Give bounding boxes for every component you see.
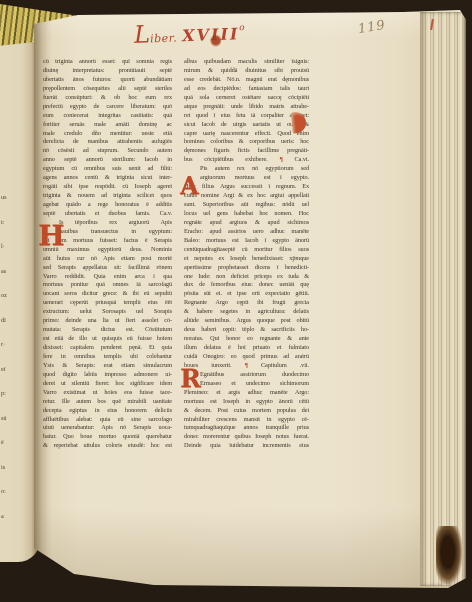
text-line: argiuorum mortuus est ī egypto. [184, 174, 309, 183]
text-line: mirum & quiddā diuinitus sibi prouisū [184, 67, 309, 76]
text-column-left: cū triginta annorū esset: quī somnia reg… [43, 58, 172, 451]
text-line: sunt. Superioribus aūt regibus: nōdū uel [184, 201, 309, 210]
text-line: cuidā Onogiro: eo quod primus ad aratrū [184, 353, 309, 362]
text-line: & habere segetes in agricultura: delatis [184, 308, 309, 317]
text-line: primo: deinde una līa ut fieri assolet c… [43, 317, 172, 326]
lombard-initial-A: A [180, 176, 199, 196]
text-line: mirabiliter crescens mansit in egypto cē… [184, 416, 309, 425]
facing-page-text-fragment: o: [1, 487, 16, 496]
text-line: dęmones figuris fictis facillime pregnāt… [184, 147, 309, 156]
text-line: aūt huius cur nō Apis etiam post mortē [43, 255, 172, 264]
text-line: tumquadragītaquīque annos tranquille pri… [184, 424, 309, 433]
worm-hole-damage [436, 526, 462, 584]
text-line: deus haberi cępit: tēplo & sacrificiis h… [184, 326, 309, 335]
header-initial: L [134, 20, 151, 49]
text-line: albus quibusdam maculis similiter īsigni… [184, 58, 309, 67]
text-line: mortuus est Ioseph in egypto ānorū cētū [184, 398, 309, 407]
facing-page-text-fragment: us [1, 193, 16, 202]
facing-page-text-fragment: a [1, 512, 16, 521]
text-line: affluētibus alebat: quia eū sine sarcofa… [43, 416, 172, 425]
facing-page-text-fragment: l· [1, 242, 16, 251]
facing-page-text-fragment: r· [1, 340, 16, 349]
text-line: Pis autem rex nō egyptiorum sed [184, 165, 309, 174]
text-line: et nepotes ex Ioseph benedixisset: xp̄mq… [184, 255, 309, 264]
text-line: derelicta de manibus attrahentis aufugiē… [43, 138, 172, 147]
text-line: Regnante Argo cępit ibi frugū grecia [184, 299, 309, 308]
text-line: rogāti sibi ipse respōdit. cū Ioseph age… [43, 183, 172, 192]
text-line: eum coniecerat integritas castitatis: qu… [43, 112, 172, 121]
text-line: batur. Quo boue mortuo quoniā querebatur [43, 433, 172, 442]
text-line: dixisset: capitalem penderet pęnā. Et qu… [43, 344, 172, 353]
text-line: Baleo: mortuus est Iacob ī egypto ānorū [184, 237, 309, 246]
book-photo: ust:l·asozdīr·eīp:sūēiso:a Liber.XVIIIo … [0, 0, 472, 602]
text-line: quod digito labiis impresso admonere ui- [43, 371, 172, 380]
facing-page-text-fragment: t: [1, 218, 16, 227]
text-line: Deinde quia īuidebatur incrementis eius [184, 442, 309, 451]
text-line: Ysis & Serapis: erat etiam simulacrum [43, 362, 172, 371]
text-line: capre uarię nascerentur effecit. Quod en… [184, 130, 309, 139]
text-line: septē ubertatis et duobus famis. Ca.v. [43, 210, 172, 219]
text-line: nō cōsēsit ad stuprum. Secundo autem [43, 147, 172, 156]
text-line: retur. Ille autem bos quē mirabili uanit… [43, 398, 172, 407]
text-line: one Iude: non deficiet prīceps ex iuda & [184, 273, 309, 282]
text-line: Varro existimat ut hoīes eos fuisse tace… [43, 389, 172, 398]
text-line: Varro reddidit. Quia enim arca ī qua [43, 273, 172, 282]
text-line: regnāte apud argiuos & apud sichimos [184, 219, 309, 228]
text-line: homines coloribus & corporibus ueris: ho… [184, 138, 309, 147]
red-edge-mark [430, 19, 434, 30]
text-line: uocant soros dicitur grece: & ibi eū sep… [43, 290, 172, 299]
text-line: bus cōcipiētibus exhibere. ¶ Ca.vi. [184, 156, 309, 165]
text-line: uenerari cęperūt priusquā templū eius ēē… [43, 299, 172, 308]
facing-page-text-fragment: dī [1, 316, 16, 325]
text-line: locus uel gens habebat hoc nomen. Hoc [184, 210, 309, 219]
facing-page-text-fragment: sū [1, 414, 16, 423]
text-line: mortuus ponitur quā omnes iā sarcofagū [43, 281, 172, 290]
text-line: prępollentem cōsequētes alii septē steri… [43, 85, 172, 94]
running-header: Liber.XVIIIo [134, 18, 246, 48]
text-line: Egnātibus assiriorum duodecimo [184, 371, 309, 380]
pilcrow-mark: ¶ [245, 362, 248, 369]
folio-number: 119 [357, 18, 387, 37]
text-line: uiuū uenerabantur: Apis nō Serapis uoca- [43, 424, 172, 433]
text-line: ubertatis ānos futuros: quorū abundātiam [43, 76, 172, 85]
text-line: boues iunxerit. ¶ Capitulum .vii. [184, 362, 309, 371]
text-line: sicut Iacob de uirgis uariatis ut oues & [184, 121, 309, 130]
ink-blot [210, 34, 221, 47]
facing-page-text-fragment: eī [1, 365, 16, 374]
book-page: Liber.XVIIIo 119 cū triginta annorū esse… [34, 8, 466, 590]
text-line: fuerāt consūpturi: & ob hoc eum rex [43, 94, 172, 103]
text-line: & decem. Post cuius mortem populus dei [184, 407, 309, 416]
text-line: male credulo dño mentitur: ueste etiā [43, 130, 172, 139]
text-line: centūquadragītaseptē cū moritur filios s… [184, 246, 309, 255]
text-line: Plemineo: et argis adhuc manēte Argo: [184, 389, 309, 398]
facing-page-text-fragment: as [1, 267, 16, 276]
text-line: illum delatus ē hoī priuato et fulmīato [184, 344, 309, 353]
text-line: mutata: Serapis dictus est. Cōstitutum [43, 326, 172, 335]
lombard-initial-R: R [180, 368, 201, 389]
text-line: Eracho: apud assirios uero adhuc manēte [184, 228, 309, 237]
text-line: egyptum cū omnibus suis uenit ad filiū: [43, 165, 172, 174]
facing-page-text-fragment: is [1, 463, 16, 472]
pilcrow-mark: ¶ [279, 156, 282, 163]
text-line: ad eos decipiēdos: fantasiam talis tauri [184, 85, 309, 94]
text-line: Ermaseo et undecimo sichimorum [184, 380, 309, 389]
fore-edge-stack [420, 12, 466, 586]
text-line: dux de femoribus eius: donec ueniāt quę [184, 281, 309, 290]
text-line: Huic filius Argus successit ī regnum. Ex [184, 183, 309, 192]
facing-page-text-fragment: oz [1, 291, 16, 300]
text-line: noratus. Qui honor eo regnante & ante [184, 335, 309, 344]
text-line: apertissime prophetasset dicens ī benedi… [184, 264, 309, 273]
text-line: fortiter seruās male amāti dominę ac [43, 121, 172, 130]
lombard-initial-H: H [38, 224, 64, 248]
text-line: esse credebāt. Nō.n. magnū erat dęmonibu… [184, 76, 309, 85]
text-line: deret ut silentiū fieret: hoc sigñficare… [43, 380, 172, 389]
text-line: cuius nomine Argi & ex hoc argiui appell… [184, 192, 309, 201]
text-line: est etiā de illo ut quisquis eū fuisse h… [43, 335, 172, 344]
text-line: donec morerentur quibus Ioseph notus fue… [184, 433, 309, 442]
text-line: anno septē annorū sterilium: Iacob in [43, 156, 172, 165]
text-line: extructum: uelut Sorosapis uel Sorapis [43, 308, 172, 317]
header-superscript: o [239, 23, 245, 33]
text-line: prefectū egypto de carcere liberatum: qu… [43, 103, 172, 112]
text-line: fere in omnibus templis ubi colebantur [43, 353, 172, 362]
text-line: aliūde seminibus. Argus quoque post obit… [184, 317, 309, 326]
text-line: agebat quādo a rege honoratus ē additis [43, 201, 172, 210]
text-line: decepta egiptus in eius honorem deliciis [43, 407, 172, 416]
text-line: quā sola cerneret ostētare uaccę cōcipiē… [184, 94, 309, 103]
text-line: pōsita sūt ei. et ipse erit expectatio g… [184, 290, 309, 299]
text-line: diuinę interpretatus: pronūtiauit septē [43, 67, 172, 76]
text-line: atque pregnāti: unde libido matris attra… [184, 103, 309, 112]
header-word: iber. [150, 31, 178, 45]
text-line: sed Serapis appellatus sit: facillimā rō… [43, 264, 172, 273]
text-line: cū triginta annorū esset: quī somnia reg… [43, 58, 172, 67]
text-column-right: albus quibusdam maculis similiter īsigni… [184, 58, 309, 451]
text-line: & reperiebat uitulus coloris eiusdē: hoc… [43, 442, 172, 451]
facing-page-text-fragment: ē [1, 438, 16, 447]
facing-page-text-fragment: p: [1, 389, 16, 398]
text-line: triginta & nouem ad triginta scilicet qu… [43, 192, 172, 201]
text-line: agens annos centū & triginta sicut inter… [43, 174, 172, 183]
